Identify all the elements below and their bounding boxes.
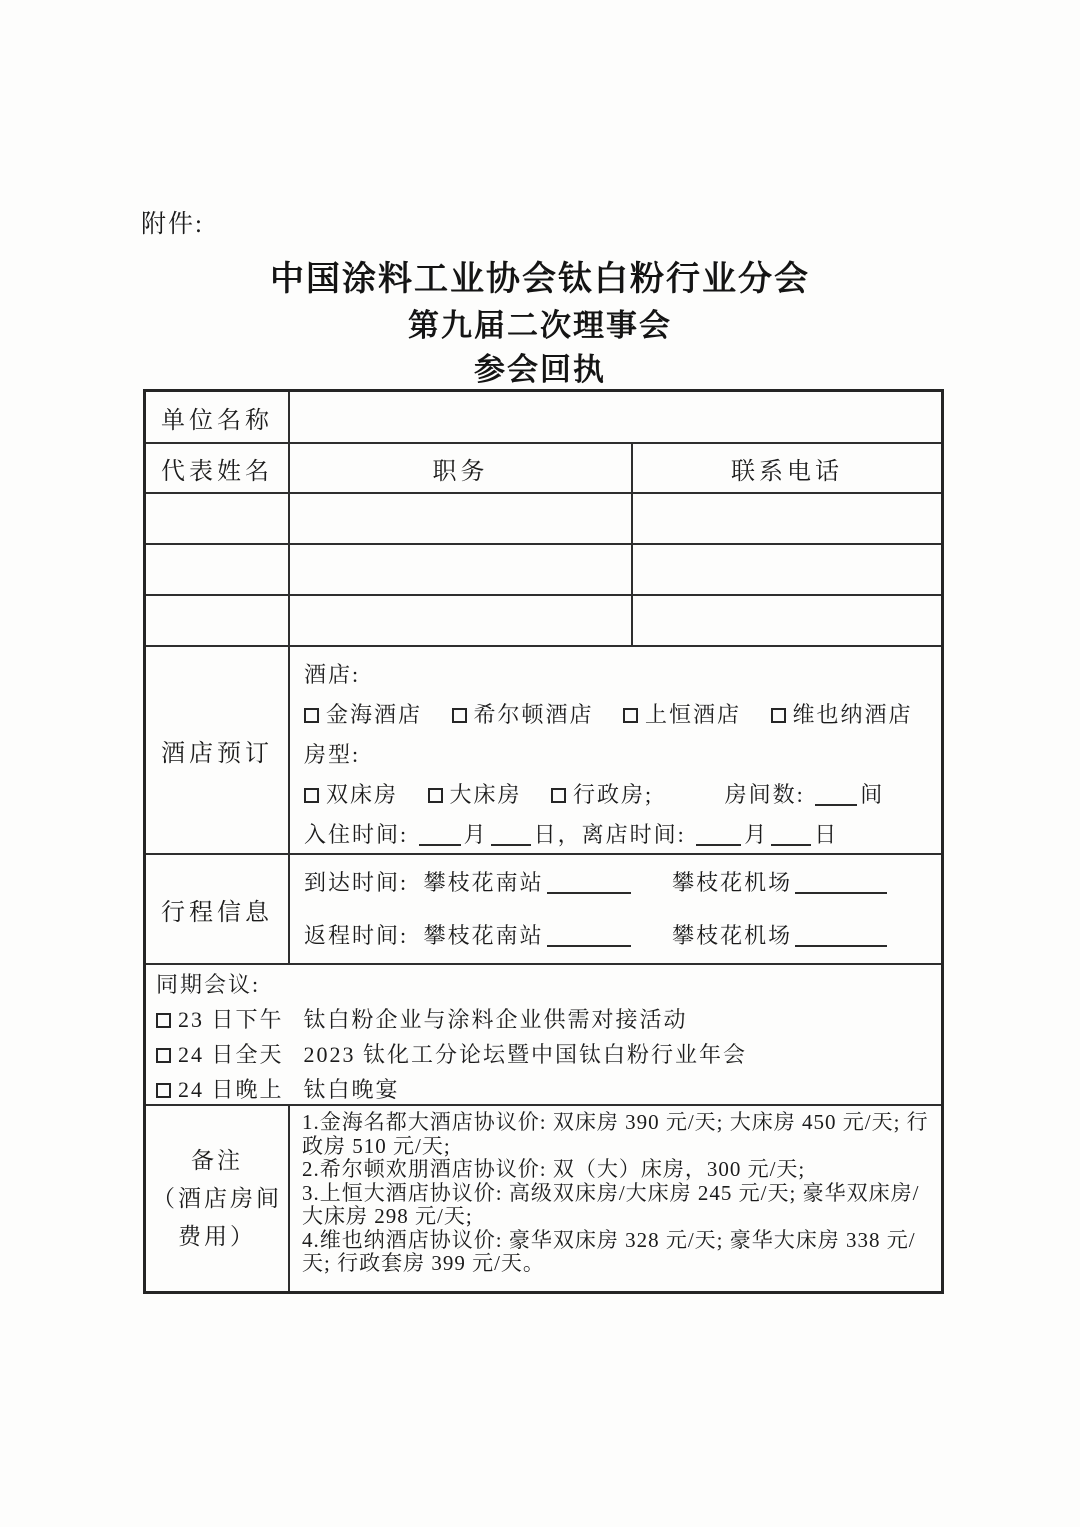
checkbox-hotel-shangheng[interactable] [623,708,638,723]
doc-title-line3: 参会回执 [0,344,1080,389]
room-option-twin: 双床房 [304,782,398,807]
rep-row-1 [146,492,941,543]
checkin-month-blank[interactable] [419,828,461,846]
checkin-month-label: 月 [464,822,488,847]
hotel-option-hilton: 希尔顿酒店 [452,702,594,727]
rep-name-header-text: 代表姓名 [161,451,273,486]
remark-item-1: 1.金海名都大酒店协议价: 双床房 390 元/天; 大床房 450 元/天; … [302,1111,933,1158]
hotel-option-jinhai-label: 金海酒店 [326,702,422,727]
return-airport-label: 攀枝花机场 [672,923,792,948]
arrival-line: 到达时间: 攀枝花南站 攀枝花机场 [304,856,935,909]
remark-item-3: 3.上恒大酒店协议价: 高级双床房/大床房 245 元/天; 豪华双床房/大床房… [302,1182,933,1229]
concurrent-item-3-time: 24 日晚上 [178,1072,284,1104]
itinerary-content: 到达时间: 攀枝花南站 攀枝花机场 返程时间: 攀枝花南站 攀枝花机场 [288,855,941,963]
unit-name-label: 单位名称 [146,392,288,442]
hotel-heading: 酒店: [304,655,935,695]
rep-row-2 [146,543,941,594]
room-option-executive: 行政房; [551,782,653,807]
hotel-option-shangheng: 上恒酒店 [623,702,741,727]
arrival-label: 到达时间: [304,870,408,895]
unit-name-row: 单位名称 [146,392,941,442]
concurrent-item-1-event: 钛白粉企业与涂料企业供需对接活动 [304,1007,688,1032]
room-type-options: 双床房 大床房 行政房; 房间数: 间 [304,775,935,815]
concurrent-item-1: 23 日下午钛白粉企业与涂料企业供需对接活动 [156,1002,935,1037]
remarks-label-line1: 备注 [191,1142,243,1180]
arrival-station-label: 攀枝花南站 [424,870,544,895]
concurrent-item-3-event: 钛白晚宴 [304,1077,400,1102]
room-option-king: 大床房 [428,782,522,807]
room-option-executive-label: 行政房; [573,782,653,807]
itinerary-label-text: 行程信息 [161,892,273,927]
checkbox-meeting-24-evening[interactable] [156,1083,171,1098]
doc-title-line1: 中国涂料工业协会钛白粉行业分会 [0,251,1080,300]
checkbox-hotel-hilton[interactable] [452,708,467,723]
arrival-airport-label: 攀枝花机场 [672,870,792,895]
attachment-label: 附件: [141,204,204,240]
room-count-suffix: 间 [860,782,884,807]
doc-title-line2: 第九届二次理事会 [0,300,1080,345]
phone-cell-3[interactable] [631,596,941,645]
checkout-month-blank[interactable] [696,828,741,846]
registration-form-table: 单位名称 代表姓名 职务 联系电话 [143,389,944,1294]
remark-item-2: 2.希尔顿欢朋酒店协议价: 双（大）床房，300 元/天; [302,1158,933,1182]
room-option-twin-label: 双床房 [326,782,398,807]
return-label: 返程时间: [304,923,408,948]
position-cell-1[interactable] [288,494,631,543]
phone-cell-2[interactable] [631,545,941,594]
hotel-booking-row: 酒店预订 酒店: 金海酒店 希尔顿酒店 上恒酒店 维也纳酒店 房型: 双床房 大… [146,645,941,853]
checkbox-room-executive[interactable] [551,788,566,803]
arrival-station-blank[interactable] [547,876,631,894]
remark-item-4: 4.维也纳酒店协议价: 豪华双床房 328 元/天; 豪华大床房 338 元/天… [302,1229,933,1276]
checkbox-room-twin[interactable] [304,788,319,803]
hotel-option-vienna-label: 维也纳酒店 [793,702,913,727]
concurrent-item-3: 24 日晚上钛白晚宴 [156,1072,935,1104]
concurrent-item-1-time: 23 日下午 [178,1002,284,1037]
rep-header-row: 代表姓名 职务 联系电话 [146,442,941,492]
concurrent-meetings-row: 同期会议: 23 日下午钛白粉企业与涂料企业供需对接活动 24 日全天2023 … [146,963,941,1104]
checkbox-room-king[interactable] [428,788,443,803]
room-option-king-label: 大床房 [450,782,522,807]
position-header: 职务 [288,444,631,492]
hotel-option-shangheng-label: 上恒酒店 [645,702,741,727]
return-line: 返程时间: 攀枝花南站 攀枝花机场 [304,909,935,962]
position-cell-2[interactable] [288,545,631,594]
remarks-label-line3: 费用） [178,1218,256,1256]
hotel-booking-label: 酒店预订 [146,647,288,853]
hotel-heading-text: 酒店: [304,662,360,687]
checkbox-meeting-23-afternoon[interactable] [156,1013,171,1028]
checkbox-meeting-24-allday[interactable] [156,1048,171,1063]
concurrent-item-2: 24 日全天2023 钛化工分论坛暨中国钛白粉行业年会 [156,1037,935,1072]
checkin-day-blank[interactable] [491,828,531,846]
scanned-document-page: 附件: 中国涂料工业协会钛白粉行业分会 第九届二次理事会 参会回执 单位名称 代… [0,0,1080,1527]
return-station-blank[interactable] [547,929,631,947]
position-header-text: 职务 [433,451,489,486]
remarks-label-line2: （酒店房间 [152,1180,282,1218]
return-airport-blank[interactable] [795,929,887,947]
position-cell-3[interactable] [288,596,631,645]
hotel-options: 金海酒店 希尔顿酒店 上恒酒店 维也纳酒店 [304,695,935,735]
concurrent-item-2-time: 24 日全天 [178,1037,284,1072]
phone-header: 联系电话 [631,444,941,492]
rep-name-header: 代表姓名 [146,444,288,492]
unit-name-label-text: 单位名称 [161,400,273,435]
room-type-heading: 房型: [304,735,935,775]
hotel-option-hilton-label: 希尔顿酒店 [474,702,594,727]
room-count-blank[interactable] [815,788,857,806]
rep-row-3 [146,594,941,645]
concurrent-item-2-event: 2023 钛化工分论坛暨中国钛白粉行业年会 [304,1042,748,1067]
rep-name-cell-2[interactable] [146,545,288,594]
remarks-content: 1.金海名都大酒店协议价: 双床房 390 元/天; 大床房 450 元/天; … [288,1106,941,1291]
arrival-airport-blank[interactable] [795,876,887,894]
stay-dates-line: 入住时间: 月日，离店时间: 月日 [304,815,935,853]
room-type-heading-text: 房型: [304,742,360,767]
checkout-label: 日，离店时间: [534,822,686,847]
room-count-label: 房间数: [725,782,805,807]
rep-name-cell-3[interactable] [146,596,288,645]
hotel-option-vienna: 维也纳酒店 [771,702,913,727]
concurrent-meetings-content: 同期会议: 23 日下午钛白粉企业与涂料企业供需对接活动 24 日全天2023 … [146,965,941,1104]
unit-name-input-cell[interactable] [288,392,941,442]
room-count-group: 房间数: 间 [725,782,885,807]
checkbox-hotel-jinhai[interactable] [304,708,319,723]
remarks-label: 备注 （酒店房间 费用） [146,1106,288,1291]
remarks-row: 备注 （酒店房间 费用） 1.金海名都大酒店协议价: 双床房 390 元/天; … [146,1104,941,1291]
checkin-label: 入住时间: [304,822,408,847]
itinerary-label: 行程信息 [146,855,288,963]
checkout-day-label: 日 [814,822,838,847]
itinerary-row: 行程信息 到达时间: 攀枝花南站 攀枝花机场 返程时间: 攀枝花南站 攀枝花机场 [146,853,941,963]
hotel-option-jinhai: 金海酒店 [304,702,422,727]
checkout-day-blank[interactable] [771,828,811,846]
return-station-label: 攀枝花南站 [424,923,544,948]
checkout-month-label: 月 [744,822,768,847]
hotel-booking-label-text: 酒店预订 [161,733,273,768]
hotel-booking-content: 酒店: 金海酒店 希尔顿酒店 上恒酒店 维也纳酒店 房型: 双床房 大床房 行政… [288,647,941,853]
phone-header-text: 联系电话 [731,451,843,486]
phone-cell-1[interactable] [631,494,941,543]
checkbox-hotel-vienna[interactable] [771,708,786,723]
rep-name-cell-1[interactable] [146,494,288,543]
concurrent-heading: 同期会议: [156,968,935,1002]
